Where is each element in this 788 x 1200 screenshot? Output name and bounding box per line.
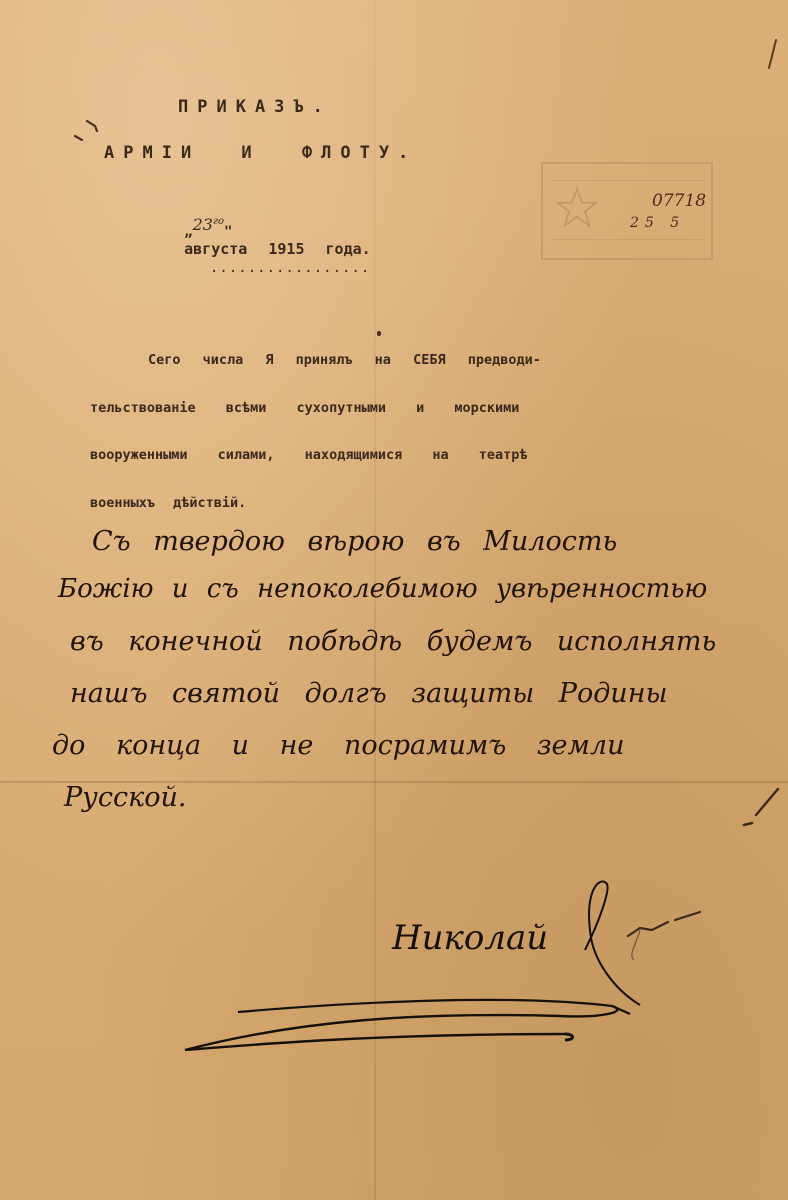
document-page: ПРИКАЗЪ. АРМІИ И ФЛОТУ. „23го" августа 1… (0, 0, 788, 1200)
signature-flourish-icon (0, 0, 788, 1200)
